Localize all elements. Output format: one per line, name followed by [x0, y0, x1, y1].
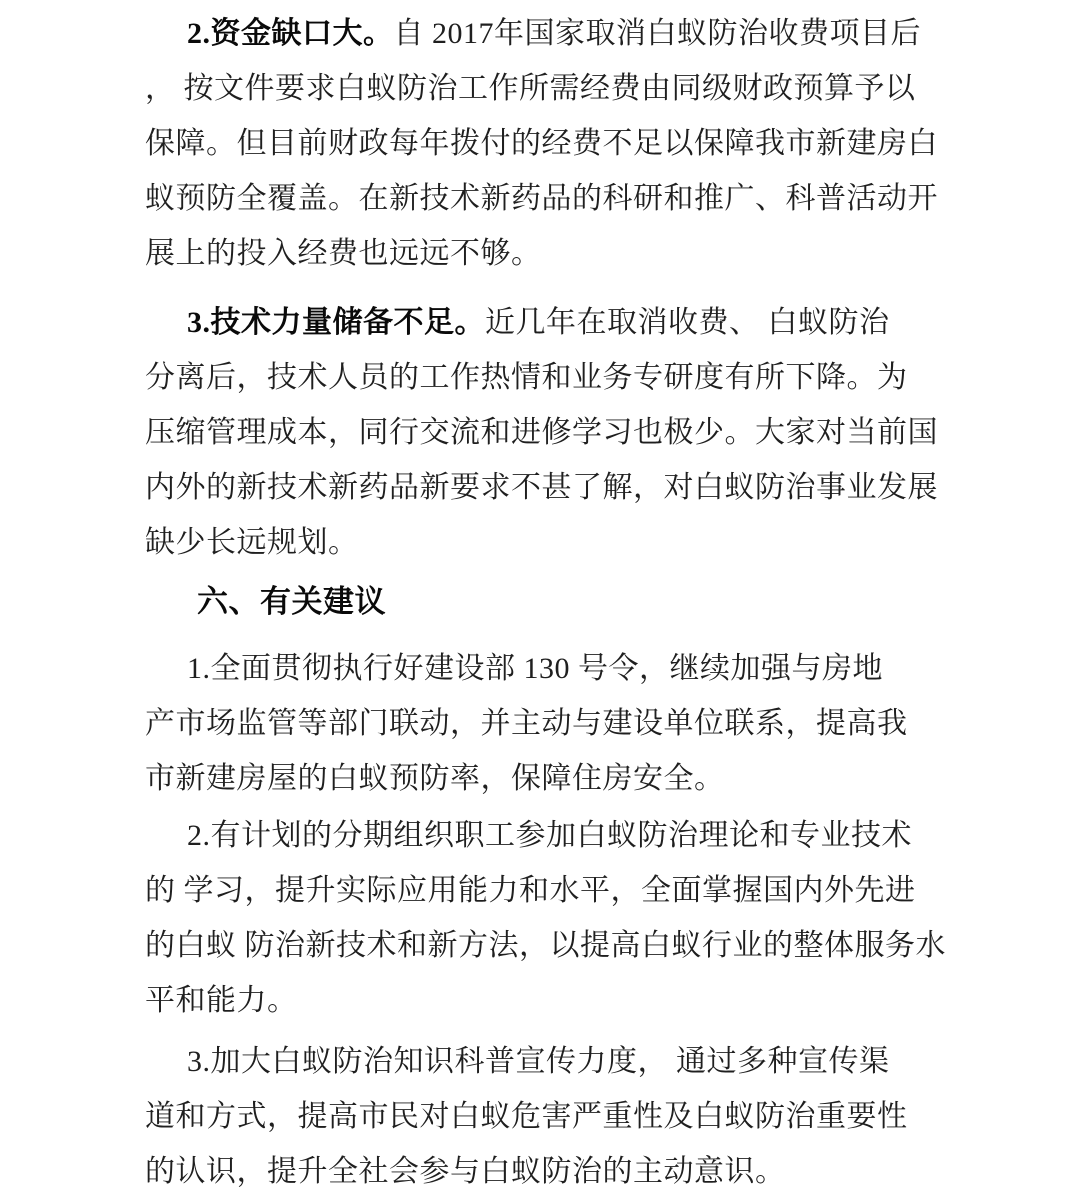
text-line: 道和方式，提高市民对白蚁危害严重性及白蚁防治重要性 — [145, 1089, 934, 1144]
text-line: 压缩管理成本，同行交流和进修学习也极少。大家对当前国 — [145, 405, 934, 460]
problem-item-2: 2.资金缺口大。自 2017年国家取消白蚁防治收费项目后， 按文件要求白蚁防治工… — [145, 6, 934, 281]
body-text-run: 的 学习，提升实际应用能力和水平，全面掌握国内外先进 — [145, 874, 916, 907]
bold-lead-in-text: 六、有关建议 — [197, 584, 386, 619]
text-line: 市新建房屋的白蚁预防率，保障住房安全。 — [145, 751, 934, 806]
text-line: ， 按文件要求白蚁防治工作所需经费由同级财政预算予以 — [145, 61, 934, 116]
body-text-run: 道和方式，提高市民对白蚁危害严重性及白蚁防治重要性 — [145, 1100, 908, 1133]
suggestion-item-3: 3.加大白蚁防治知识科普宣传力度， 通过多种宣传渠道和方式，提高市民对白蚁危害严… — [145, 1034, 934, 1199]
text-line: 产市场监管等部门联动，并主动与建设单位联系，提高我 — [145, 696, 934, 751]
document-body: 2.资金缺口大。自 2017年国家取消白蚁防治收费项目后， 按文件要求白蚁防治工… — [145, 6, 934, 1199]
body-text-run: 1.全面贯彻执行好建设部 130 号令，继续加强与房地 — [187, 652, 883, 685]
text-line: 展上的投入经费也远远不够。 — [145, 226, 934, 281]
body-text-run: 平和能力。 — [145, 984, 298, 1017]
body-text-run: 蚁预防全覆盖。在新技术新药品的科研和推广、科普活动开 — [145, 182, 938, 215]
text-line: 3.加大白蚁防治知识科普宣传力度， 通过多种宣传渠 — [145, 1034, 934, 1089]
text-line: 分离后，技术人员的工作热情和业务专研度有所下降。为 — [145, 350, 934, 405]
suggestion-item-2: 2.有计划的分期组织职工参加白蚁防治理论和专业技术的 学习，提升实际应用能力和水… — [145, 808, 934, 1028]
text-line: 平和能力。 — [145, 973, 934, 1028]
body-text-run: 的认识，提升全社会参与白蚁防治的主动意识。 — [145, 1155, 786, 1188]
body-text-run: 自 2017年国家取消白蚁防治收费项目后 — [394, 17, 922, 50]
problem-item-3: 3.技术力量储备不足。近几年在取消收费、 白蚁防治分离后，技术人员的工作热情和业… — [145, 295, 934, 570]
text-line: 的白蚁 防治新技术和新方法，以提高白蚁行业的整体服务水 — [145, 918, 934, 973]
section-heading-line: 六、有关建议 — [145, 574, 934, 629]
body-text-run: 保障。但目前财政每年拨付的经费不足以保障我市新建房白 — [145, 127, 938, 160]
body-text-run: 缺少长远规划。 — [145, 526, 359, 559]
section-6-heading: 六、有关建议 — [145, 574, 934, 629]
text-line: 2.资金缺口大。自 2017年国家取消白蚁防治收费项目后 — [145, 6, 934, 61]
suggestion-item-1: 1.全面贯彻执行好建设部 130 号令，继续加强与房地产市场监管等部门联动，并主… — [145, 641, 934, 806]
bold-lead-in-text: 2.资金缺口大。 — [187, 17, 394, 50]
text-line: 缺少长远规划。 — [145, 515, 934, 570]
text-line: 2.有计划的分期组织职工参加白蚁防治理论和专业技术 — [145, 808, 934, 863]
text-line: 1.全面贯彻执行好建设部 130 号令，继续加强与房地 — [145, 641, 934, 696]
body-text-run: 内外的新技术新药品新要求不甚了解，对白蚁防治事业发展 — [145, 471, 938, 504]
text-line: 的认识，提升全社会参与白蚁防治的主动意识。 — [145, 1144, 934, 1199]
body-text-run: 的白蚁 防治新技术和新方法，以提高白蚁行业的整体服务水 — [145, 929, 946, 962]
text-line: 3.技术力量储备不足。近几年在取消收费、 白蚁防治 — [145, 295, 934, 350]
body-text-run: 压缩管理成本，同行交流和进修学习也极少。大家对当前国 — [145, 416, 938, 449]
bold-lead-in-text: 3.技术力量储备不足。 — [187, 306, 485, 339]
text-line: 保障。但目前财政每年拨付的经费不足以保障我市新建房白 — [145, 116, 934, 171]
body-text-run: ， 按文件要求白蚁防治工作所需经费由同级财政预算予以 — [145, 72, 916, 105]
body-text-run: 分离后，技术人员的工作热情和业务专研度有所下降。为 — [145, 361, 908, 394]
body-text-run: 近几年在取消收费、 白蚁防治 — [485, 306, 890, 339]
body-text-run: 市新建房屋的白蚁预防率，保障住房安全。 — [145, 762, 725, 795]
text-line: 蚁预防全覆盖。在新技术新药品的科研和推广、科普活动开 — [145, 171, 934, 226]
body-text-run: 产市场监管等部门联动，并主动与建设单位联系，提高我 — [145, 707, 908, 740]
body-text-run: 展上的投入经费也远远不够。 — [145, 237, 542, 270]
text-line: 内外的新技术新药品新要求不甚了解，对白蚁防治事业发展 — [145, 460, 934, 515]
document-page: 2.资金缺口大。自 2017年国家取消白蚁防治收费项目后， 按文件要求白蚁防治工… — [0, 0, 1074, 1201]
text-line: 的 学习，提升实际应用能力和水平，全面掌握国内外先进 — [145, 863, 934, 918]
body-text-run: 3.加大白蚁防治知识科普宣传力度， 通过多种宣传渠 — [187, 1045, 890, 1078]
body-text-run: 2.有计划的分期组织职工参加白蚁防治理论和专业技术 — [187, 819, 912, 852]
